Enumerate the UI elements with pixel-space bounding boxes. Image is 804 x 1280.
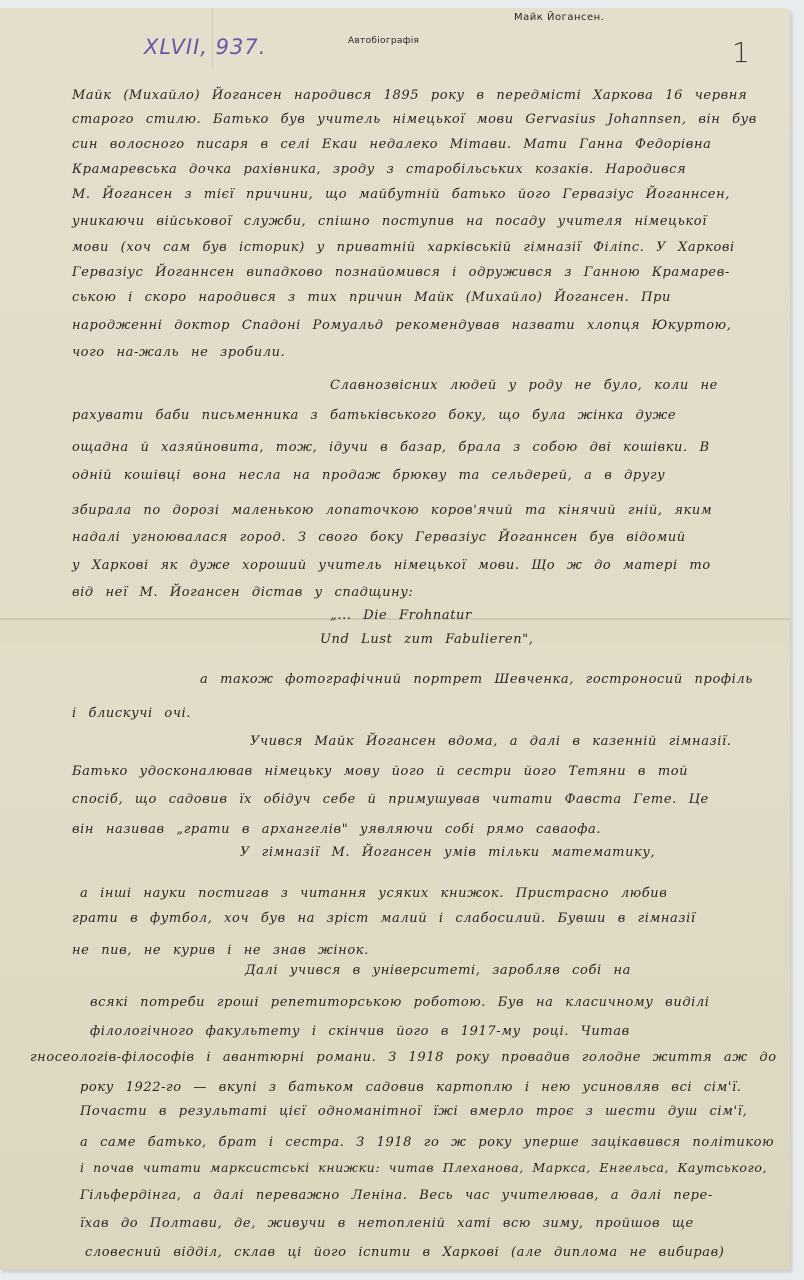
- text-line: старого стилю. Батько був учитель німець…: [72, 112, 757, 127]
- text-line: року 1922-го — вкупі з батьком садовив к…: [80, 1080, 742, 1095]
- document-title: Автобіографія: [348, 36, 419, 46]
- text-line: мови (хоч сам був історик) у приватній х…: [72, 240, 735, 255]
- text-line: Учився Майк Йогансен вдома, а далі в каз…: [250, 734, 732, 749]
- text-line: Далі учився в університеті, заробляв соб…: [245, 963, 631, 978]
- text-line: а інші науки постигав з читання усяких к…: [80, 886, 667, 901]
- text-line: Гервазіус Йоганнсен випадково познайомив…: [72, 265, 730, 280]
- text-line: спосіб, що садовив їх обідуч себе й прим…: [72, 792, 709, 807]
- text-line: гносеологів-філософів і авантюрні романи…: [30, 1050, 777, 1065]
- text-line: надалі угноювалася город. З свого боку Г…: [72, 530, 686, 545]
- text-line: ощадна й хазяйновита, тож, ідучи в базар…: [72, 440, 710, 455]
- text-line: чого на-жаль не зробили.: [72, 345, 285, 360]
- text-line: від неї М. Йогансен дістав у спадщину:: [72, 585, 413, 600]
- text-line: Und Lust zum Fabulieren",: [320, 632, 533, 647]
- text-line: Славнозвісних людей у роду не було, коли…: [330, 378, 718, 393]
- text-line: уникаючи військової служби, спішно посту…: [72, 214, 707, 229]
- text-line: а саме батько, брат і сестра. З 1918 го …: [80, 1135, 774, 1150]
- text-line: філологічного факультету і скінчив його …: [90, 1024, 630, 1039]
- text-line: а також фотографічний портрет Шевченка, …: [200, 672, 753, 687]
- text-line: Майк (Михайло) Йогансен народився 1895 р…: [72, 88, 747, 103]
- text-line: одній кошівці вона несла на продаж брюкв…: [72, 468, 665, 483]
- text-line: він називав „грати в архангелів" уявляюч…: [72, 822, 601, 837]
- text-line: Батько удосконалював німецьку мову його …: [72, 764, 688, 779]
- text-line: і блискучі очі.: [72, 706, 191, 721]
- text-line: син волосного писаря в селі Екаи недалек…: [72, 137, 712, 152]
- text-line: „... Die Frohnatur: [330, 608, 472, 623]
- text-line: у Харкові як дуже хороший учитель німець…: [72, 558, 711, 573]
- text-line: М. Йогансен з тієї причини, що майбутній…: [72, 187, 730, 202]
- text-line: Почасти в результаті цієї одноманітної ї…: [80, 1104, 747, 1119]
- archive-number: XLVII, 937.: [144, 35, 266, 59]
- text-line: словесний відділ, склав ці його іспити в…: [85, 1245, 724, 1260]
- text-line: ською і скоро народився з тих причин Май…: [72, 290, 671, 305]
- text-line: Крамаревська дочка рахівника, зроду з ст…: [72, 162, 686, 177]
- text-line: У гімназії М. Йогансен умів тільки матем…: [240, 845, 655, 860]
- text-line: всякі потреби гроші репетиторською робот…: [90, 995, 710, 1010]
- text-line: Гільфердінга, а далі переважно Леніна. В…: [80, 1188, 713, 1203]
- text-line: грати в футбол, хоч був на зріст малий і…: [72, 911, 696, 926]
- page-number: 1: [732, 36, 750, 69]
- text-line: рахувати баби письменника з батьківськог…: [72, 408, 676, 423]
- text-line: збирала по дорозі маленькою лопаточкою к…: [72, 503, 712, 518]
- author-header: Майк Йогансен.: [514, 12, 604, 23]
- text-line: їхав до Полтави, де, живучи в нетопленій…: [80, 1216, 694, 1231]
- text-line: не пив, не курив і не знав жінок.: [72, 943, 369, 958]
- text-line: і почав читати марксистські книжки: чита…: [80, 1160, 767, 1175]
- text-line: народженні доктор Спадоні Ромуальд реком…: [72, 318, 731, 333]
